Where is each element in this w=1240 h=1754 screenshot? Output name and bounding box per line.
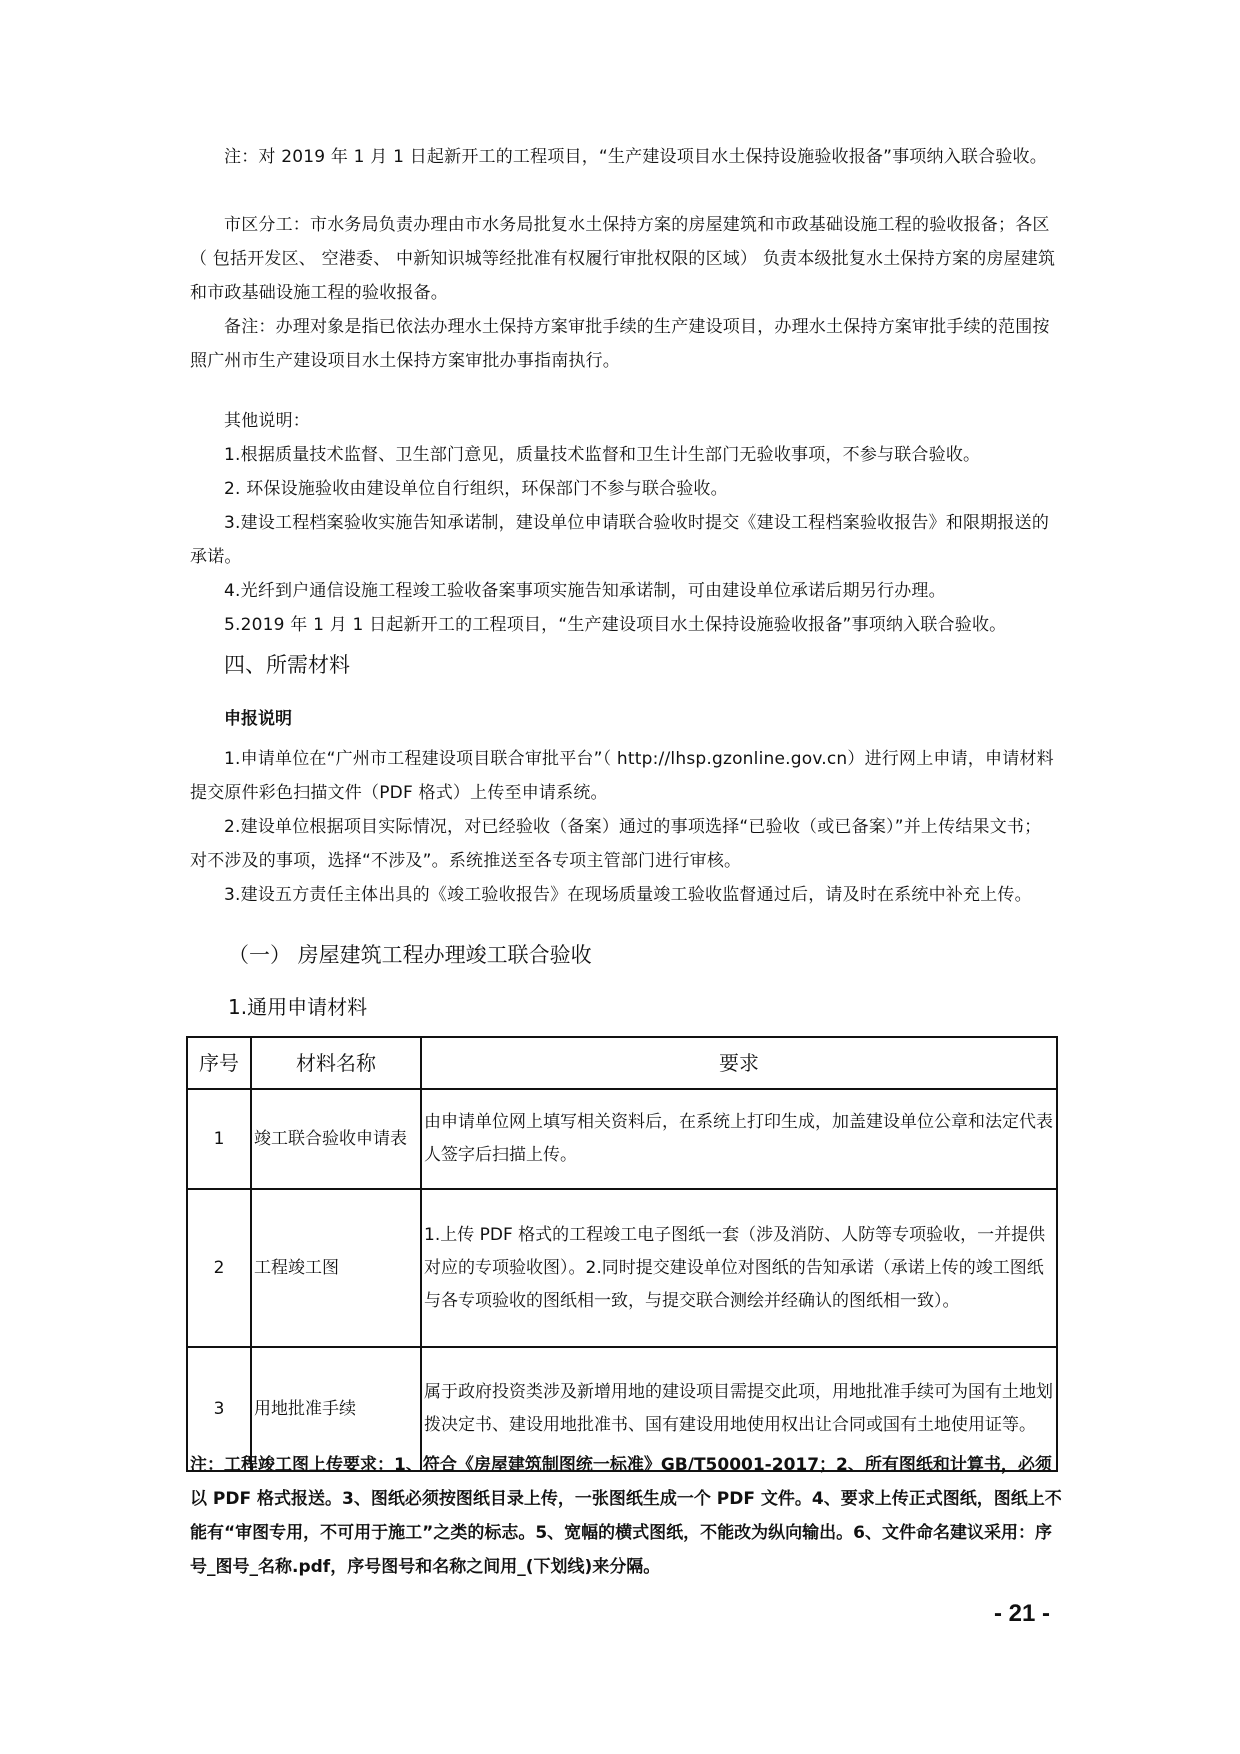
page-number: - 21 - xyxy=(994,1600,1050,1628)
division-of-work: 市区分工：市水务局负责办理由市水务局批复水土保持方案的房屋建筑和市政基础设施工程… xyxy=(190,208,1058,310)
table-header-row: 序号 材料名称 要求 xyxy=(187,1037,1057,1089)
row-material-name: 竣工联合验收申请表 xyxy=(251,1089,421,1189)
other-note-1: 1.根据质量技术监督、卫生部门意见，质量技术监督和卫生计生部门无验收事项，不参与… xyxy=(190,438,1058,472)
other-note-2: 2. 环保设施验收由建设单位自行组织，环保部门不参与联合验收。 xyxy=(190,472,1058,506)
row-material-name: 工程竣工图 xyxy=(251,1189,421,1347)
other-note-3: 3.建设工程档案验收实施告知承诺制，建设单位申请联合验收时提交《建设工程档案验收… xyxy=(190,506,1058,574)
header-requirement: 要求 xyxy=(421,1037,1057,1089)
declaration-item-2: 2.建设单位根据项目实际情况，对已经验收（备案）通过的事项选择“已验收（或已备案… xyxy=(190,810,1058,878)
row-requirement: 由申请单位网上填写相关资料后，在系统上打印生成，加盖建设单位公章和法定代表人签字… xyxy=(421,1089,1057,1189)
note-water-conservation: 注：对 2019 年 1 月 1 日起新开工的工程项目，“生产建设项目水土保持设… xyxy=(190,140,1058,174)
section-heading-materials: 四、所需材料 xyxy=(224,650,350,680)
row-number: 2 xyxy=(187,1189,251,1347)
subsection-heading: （一） 房屋建筑工程办理竣工联合验收 xyxy=(228,940,592,970)
row-requirement: 1.上传 PDF 格式的工程竣工电子图纸一套（涉及消防、人防等专项验收，一并提供… xyxy=(421,1189,1057,1347)
other-note-4: 4.光纤到户通信设施工程竣工验收备案事项实施告知承诺制，可由建设单位承诺后期另行… xyxy=(190,574,1058,608)
declaration-item-3: 3.建设五方责任主体出具的《竣工验收报告》在现场质量竣工验收监督通过后，请及时在… xyxy=(190,878,1058,912)
table-row: 1 竣工联合验收申请表 由申请单位网上填写相关资料后，在系统上打印生成，加盖建设… xyxy=(187,1089,1057,1189)
document-page: 注：对 2019 年 1 月 1 日起新开工的工程项目，“生产建设项目水土保持设… xyxy=(0,0,1240,1754)
other-note-5: 5.2019 年 1 月 1 日起新开工的工程项目，“生产建设项目水土保持设施验… xyxy=(190,608,1058,642)
declaration-item-1: 1.申请单位在“广州市工程建设项目联合审批平台”（ http://lhsp.gz… xyxy=(190,742,1058,810)
materials-table: 序号 材料名称 要求 1 竣工联合验收申请表 由申请单位网上填写相关资料后，在系… xyxy=(186,1036,1058,1472)
row-number: 1 xyxy=(187,1089,251,1189)
remark: 备注：办理对象是指已依法办理水土保持方案审批手续的生产建设项目，办理水土保持方案… xyxy=(190,310,1058,378)
declaration-title: 申报说明 xyxy=(224,704,292,734)
other-notes-title: 其他说明： xyxy=(190,404,1058,438)
drawing-upload-footnote: 注：工程竣工图上传要求：1、符合《房屋建筑制图统一标准》GB/T50001-20… xyxy=(190,1448,1062,1584)
header-material-name: 材料名称 xyxy=(251,1037,421,1089)
table-row: 2 工程竣工图 1.上传 PDF 格式的工程竣工电子图纸一套（涉及消防、人防等专… xyxy=(187,1189,1057,1347)
header-number: 序号 xyxy=(187,1037,251,1089)
subsubsection-heading: 1.通用申请材料 xyxy=(228,992,367,1022)
